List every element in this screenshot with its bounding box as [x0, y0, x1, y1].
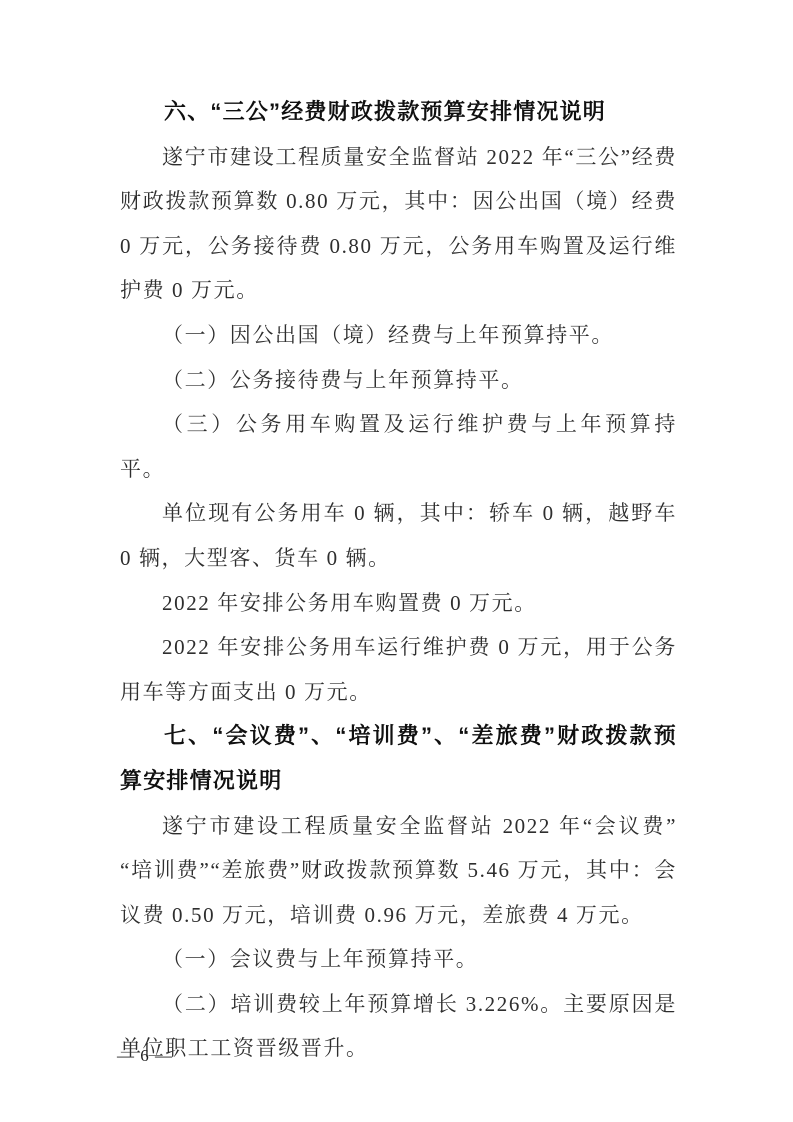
- paragraph: 单位现有公务用车 0 辆，其中：轿车 0 辆，越野车 0 辆，大型客、货车 0 …: [120, 491, 677, 580]
- paragraph: （二）培训费较上年预算增长 3.226%。主要原因是单位职工工资晋级晋升。: [120, 982, 677, 1071]
- paragraph: （一）会议费与上年预算持平。: [120, 937, 677, 982]
- paragraph: （一）因公出国（境）经费与上年预算持平。: [120, 313, 677, 358]
- paragraph: （三）公务用车购置及运行维护费与上年预算持平。: [120, 402, 677, 491]
- page-number: — 6 —: [117, 1046, 173, 1066]
- section-7-heading: 七、“会议费”、“培训费”、“差旅费”财政拨款预算安排情况说明: [120, 714, 677, 803]
- paragraph: （二）公务接待费与上年预算持平。: [120, 358, 677, 403]
- paragraph: 遂宁市建设工程质量安全监督站 2022 年“会议费”“培训费”“差旅费”财政拨款…: [120, 804, 677, 938]
- paragraph: 2022 年安排公务用车购置费 0 万元。: [120, 581, 677, 626]
- paragraph: 遂宁市建设工程质量安全监督站 2022 年“三公”经费财政拨款预算数 0.80 …: [120, 135, 677, 313]
- section-sangong-expenses: 六、“三公”经费财政拨款预算安排情况说明 遂宁市建设工程质量安全监督站 2022…: [120, 90, 677, 714]
- document-page: 六、“三公”经费财政拨款预算安排情况说明 遂宁市建设工程质量安全监督站 2022…: [0, 0, 793, 1122]
- document-body: 六、“三公”经费财政拨款预算安排情况说明 遂宁市建设工程质量安全监督站 2022…: [120, 90, 677, 1071]
- section-meeting-training-travel-expenses: 七、“会议费”、“培训费”、“差旅费”财政拨款预算安排情况说明 遂宁市建设工程质…: [120, 714, 677, 1071]
- paragraph: 2022 年安排公务用车运行维护费 0 万元，用于公务用车等方面支出 0 万元。: [120, 625, 677, 714]
- section-6-heading: 六、“三公”经费财政拨款预算安排情况说明: [120, 90, 677, 135]
